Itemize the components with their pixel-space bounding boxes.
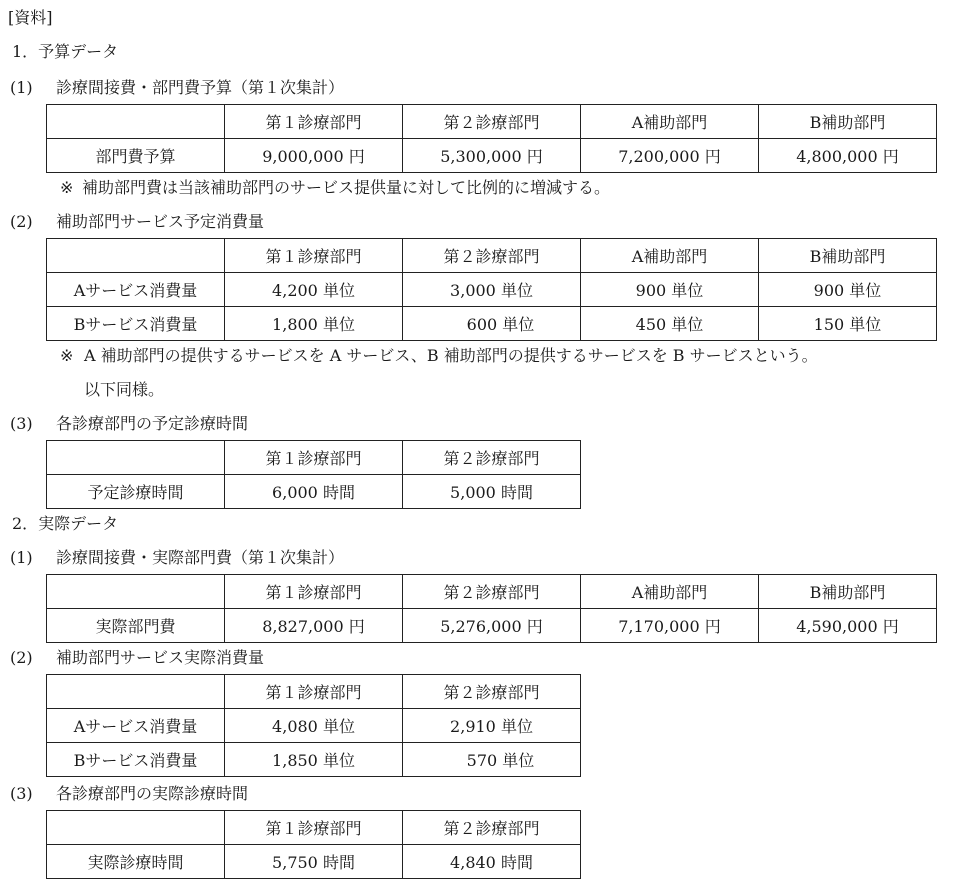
section-1-title: 1．予算データ — [12, 42, 118, 62]
row-label: Aサービス消費量 — [47, 273, 225, 307]
table-header-row: 第１診療部門 第２診療部門 A補助部門 B補助部門 — [47, 105, 937, 139]
note-mark: ※ — [60, 178, 82, 198]
table-cell: 5,000 時間 — [403, 475, 581, 509]
table-cell: 600 単位 — [403, 307, 581, 341]
table-row: 実際部門費 8,827,000 円 5,276,000 円 7,170,000 … — [47, 609, 937, 643]
row-label: 実際診療時間 — [47, 845, 225, 879]
table-cell: 900 単位 — [581, 273, 759, 307]
header-cell: A補助部門 — [581, 575, 759, 609]
header-cell: B補助部門 — [759, 575, 937, 609]
table-row: Bサービス消費量 1,800 単位 600 単位 450 単位 150 単位 — [47, 307, 937, 341]
table-cell: 9,000,000 円 — [225, 139, 403, 173]
table-cell: 3,000 単位 — [403, 273, 581, 307]
table-cell: 570 単位 — [403, 743, 581, 777]
header-cell — [47, 575, 225, 609]
header-cell — [47, 441, 225, 475]
table-cell: 4,590,000 円 — [759, 609, 937, 643]
sub-1-3-label: (3) — [10, 414, 56, 434]
sub-2-2-heading: (2)補助部門サービス実際消費量 — [10, 648, 264, 668]
sub-2-3-heading: (3)各診療部門の実際診療時間 — [10, 784, 248, 804]
table-cell: 7,170,000 円 — [581, 609, 759, 643]
table-cell: 4,800,000 円 — [759, 139, 937, 173]
row-label: Aサービス消費量 — [47, 709, 225, 743]
note-1-1: ※補助部門費は当該補助部門のサービス提供量に対して比例的に増減する。 — [60, 178, 610, 198]
table-cell: 8,827,000 円 — [225, 609, 403, 643]
table-cell: 1,850 単位 — [225, 743, 403, 777]
table-header-row: 第１診療部門 第２診療部門 — [47, 441, 581, 475]
header-cell: 第２診療部門 — [403, 575, 581, 609]
row-label: 予定診療時間 — [47, 475, 225, 509]
table-cell: 4,840 時間 — [403, 845, 581, 879]
header-cell: 第２診療部門 — [403, 105, 581, 139]
header-cell: 第２診療部門 — [403, 811, 581, 845]
sub-1-3-heading: (3)各診療部門の予定診療時間 — [10, 414, 248, 434]
sub-1-1-title: 診療間接費・部門費予算（第１次集計） — [56, 78, 344, 97]
header-cell — [47, 675, 225, 709]
header-cell: 第２診療部門 — [403, 239, 581, 273]
table-header-row: 第１診療部門 第２診療部門 A補助部門 B補助部門 — [47, 575, 937, 609]
note-1-2-line2: 以下同様。 — [84, 380, 164, 400]
table-header-row: 第１診療部門 第２診療部門 — [47, 811, 581, 845]
row-label: 実際部門費 — [47, 609, 225, 643]
sub-1-3-title: 各診療部門の予定診療時間 — [56, 414, 248, 433]
header-cell: A補助部門 — [581, 105, 759, 139]
table-cell: 1,800 単位 — [225, 307, 403, 341]
table-row: Bサービス消費量 1,850 単位 570 単位 — [47, 743, 581, 777]
sub-2-2-title: 補助部門サービス実際消費量 — [56, 648, 264, 667]
sub-2-3-title: 各診療部門の実際診療時間 — [56, 784, 248, 803]
budget-hours-table: 第１診療部門 第２診療部門 予定診療時間 6,000 時間 5,000 時間 — [46, 440, 581, 509]
sub-2-3-label: (3) — [10, 784, 56, 804]
table-row: Aサービス消費量 4,080 単位 2,910 単位 — [47, 709, 581, 743]
sub-1-2-title: 補助部門サービス予定消費量 — [56, 212, 264, 231]
note-mark: ※ — [60, 346, 84, 366]
header-cell — [47, 105, 225, 139]
row-label: Bサービス消費量 — [47, 743, 225, 777]
header-cell: 第１診療部門 — [225, 575, 403, 609]
table-cell: 900 単位 — [759, 273, 937, 307]
table-cell: 4,080 単位 — [225, 709, 403, 743]
table-cell: 7,200,000 円 — [581, 139, 759, 173]
header-cell: 第２診療部門 — [403, 675, 581, 709]
header-cell: 第１診療部門 — [225, 675, 403, 709]
table-row: 実際診療時間 5,750 時間 4,840 時間 — [47, 845, 581, 879]
table-header-row: 第１診療部門 第２診療部門 A補助部門 B補助部門 — [47, 239, 937, 273]
actual-dept-cost-table: 第１診療部門 第２診療部門 A補助部門 B補助部門 実際部門費 8,827,00… — [46, 574, 937, 643]
sub-1-1-label: (1) — [10, 78, 56, 98]
header-cell: A補助部門 — [581, 239, 759, 273]
table-row: 部門費予算 9,000,000 円 5,300,000 円 7,200,000 … — [47, 139, 937, 173]
header-cell: 第２診療部門 — [403, 441, 581, 475]
sub-1-1-heading: (1)診療間接費・部門費予算（第１次集計） — [10, 78, 344, 98]
table-row: Aサービス消費量 4,200 単位 3,000 単位 900 単位 900 単位 — [47, 273, 937, 307]
header-cell: 第１診療部門 — [225, 811, 403, 845]
actual-hours-table: 第１診療部門 第２診療部門 実際診療時間 5,750 時間 4,840 時間 — [46, 810, 581, 879]
sub-1-2-label: (2) — [10, 212, 56, 232]
note-text: A 補助部門の提供するサービスを A サービス、B 補助部門の提供するサービスを… — [84, 346, 818, 365]
document-header: [資料] — [8, 8, 53, 28]
table-cell: 5,300,000 円 — [403, 139, 581, 173]
header-cell: 第１診療部門 — [225, 105, 403, 139]
actual-service-consumption-table: 第１診療部門 第２診療部門 Aサービス消費量 4,080 単位 2,910 単位… — [46, 674, 581, 777]
header-cell: 第１診療部門 — [225, 441, 403, 475]
sub-2-1-title: 診療間接費・実際部門費（第１次集計） — [56, 548, 344, 567]
header-cell — [47, 239, 225, 273]
sub-2-1-heading: (1)診療間接費・実際部門費（第１次集計） — [10, 548, 344, 568]
header-cell: B補助部門 — [759, 105, 937, 139]
sub-2-2-label: (2) — [10, 648, 56, 668]
table-header-row: 第１診療部門 第２診療部門 — [47, 675, 581, 709]
table-row: 予定診療時間 6,000 時間 5,000 時間 — [47, 475, 581, 509]
table-cell: 5,750 時間 — [225, 845, 403, 879]
table-cell: 4,200 単位 — [225, 273, 403, 307]
note-1-2-line1: ※A 補助部門の提供するサービスを A サービス、B 補助部門の提供するサービス… — [60, 346, 818, 366]
header-cell — [47, 811, 225, 845]
row-label: 部門費予算 — [47, 139, 225, 173]
budget-service-consumption-table: 第１診療部門 第２診療部門 A補助部門 B補助部門 Aサービス消費量 4,200… — [46, 238, 937, 341]
sub-2-1-label: (1) — [10, 548, 56, 568]
table-cell: 2,910 単位 — [403, 709, 581, 743]
budget-dept-cost-table: 第１診療部門 第２診療部門 A補助部門 B補助部門 部門費予算 9,000,00… — [46, 104, 937, 173]
table-cell: 5,276,000 円 — [403, 609, 581, 643]
header-cell: B補助部門 — [759, 239, 937, 273]
table-cell: 150 単位 — [759, 307, 937, 341]
sub-1-2-heading: (2)補助部門サービス予定消費量 — [10, 212, 264, 232]
note-text: 補助部門費は当該補助部門のサービス提供量に対して比例的に増減する。 — [82, 178, 610, 197]
table-cell: 450 単位 — [581, 307, 759, 341]
row-label: Bサービス消費量 — [47, 307, 225, 341]
table-cell: 6,000 時間 — [225, 475, 403, 509]
header-cell: 第１診療部門 — [225, 239, 403, 273]
section-2-title: 2．実際データ — [12, 514, 118, 534]
